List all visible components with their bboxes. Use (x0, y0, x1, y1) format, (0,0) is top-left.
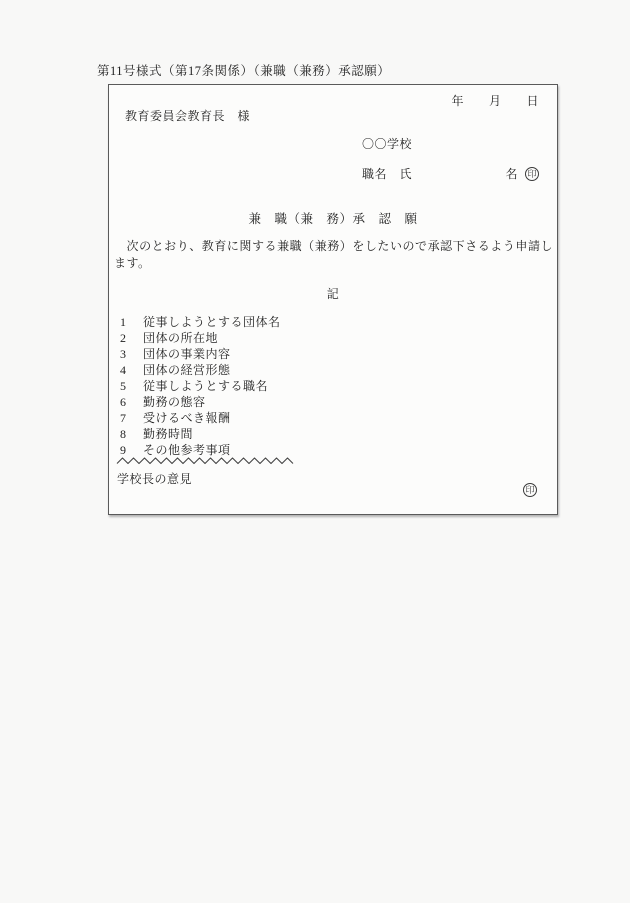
item-label: 勤務の態容 (143, 395, 206, 409)
seal-icon: 印 (525, 167, 539, 181)
item-number: 8 (120, 426, 143, 442)
item-label: 従事しようとする団体名 (143, 315, 281, 329)
item-label: 受けるべき報酬 (143, 411, 231, 425)
document-page: 第11号様式（第17条関係）（兼職（兼務）承認願） 年 月 日 教育委員会教育長… (0, 0, 630, 903)
signer-name-label: 名 (505, 165, 518, 182)
list-heading: 記 (109, 285, 557, 302)
item-number: 1 (120, 314, 143, 330)
item-number: 2 (120, 330, 143, 346)
form-box: 年 月 日 教育委員会教育長 様 〇〇学校 職名 氏 名 印 兼 職（兼 務）承… (108, 84, 558, 515)
list-item: 3団体の事業内容 (120, 346, 547, 362)
list-item: 1従事しようとする団体名 (120, 314, 547, 330)
signer-line: 職名 氏 名 印 (362, 165, 539, 182)
list-item: 6勤務の態容 (120, 394, 547, 410)
item-label: 団体の事業内容 (143, 347, 231, 361)
item-number: 7 (120, 410, 143, 426)
item-label: その他参考事項 (143, 443, 231, 457)
item-label: 団体の経営形態 (143, 363, 231, 377)
item-list: 1従事しようとする団体名 2団体の所在地 3団体の事業内容 4団体の経営形態 5… (120, 314, 547, 458)
item-label: 従事しようとする職名 (143, 379, 268, 393)
item-number: 6 (120, 394, 143, 410)
date-line: 年 月 日 (451, 92, 539, 109)
addressee-label: 教育委員会教育長 様 (125, 107, 250, 124)
list-item: 2団体の所在地 (120, 330, 547, 346)
principal-opinion-label: 学校長の意見 (117, 470, 192, 487)
list-item: 7受けるべき報酬 (120, 410, 547, 426)
signer-name-group: 名 印 (505, 165, 539, 182)
signer-title-label: 職名 氏 (362, 165, 412, 182)
list-item: 8勤務時間 (120, 426, 547, 442)
item-label: 勤務時間 (143, 427, 193, 441)
list-item: 4団体の経営形態 (120, 362, 547, 378)
item-label: 団体の所在地 (143, 331, 218, 345)
wavy-line (116, 456, 294, 466)
body-paragraph: 次のとおり、教育に関する兼職（兼務）をしたいので承認下さるよう申請します。 (114, 238, 553, 272)
school-name-label: 〇〇学校 (362, 135, 412, 152)
document-title: 兼 職（兼 務）承 認 願 (109, 209, 557, 227)
list-item: 5従事しようとする職名 (120, 378, 547, 394)
principal-seal-icon: 印 (523, 483, 537, 497)
form-number-label: 第11号様式（第17条関係）（兼職（兼務）承認願） (97, 61, 390, 79)
item-number: 5 (120, 378, 143, 394)
item-number: 3 (120, 346, 143, 362)
item-number: 4 (120, 362, 143, 378)
